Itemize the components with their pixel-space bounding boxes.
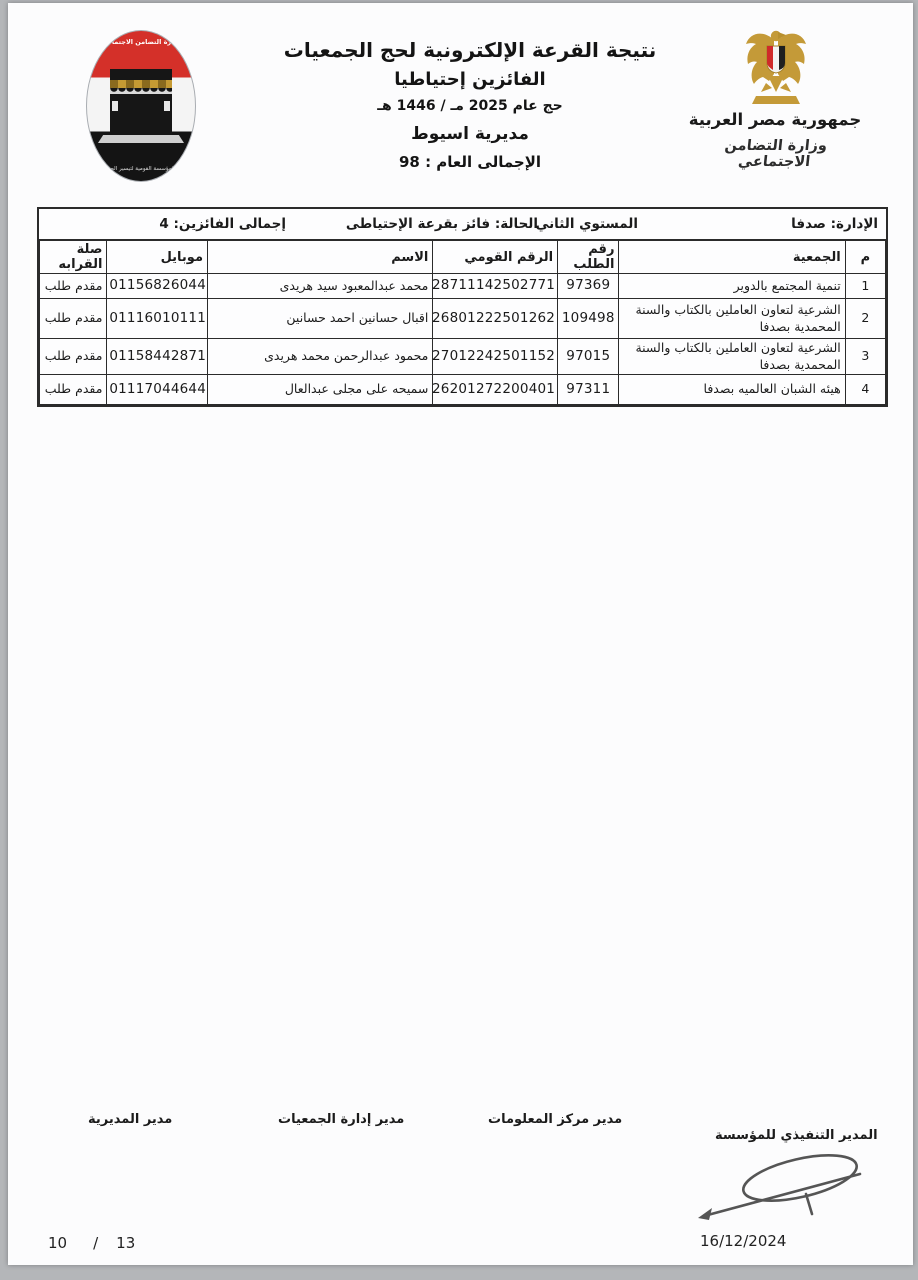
cell-request-no: 97311 [558, 375, 619, 405]
cell-relation: مقدم طلب [40, 299, 107, 339]
table-header-row: م الجمعية رقم الطلب الرقم القومي الاسم م… [40, 241, 886, 274]
cell-national-id: 26201272200401 [433, 375, 558, 405]
logo-top-text: وزارة التضامن الاجتماعي [87, 38, 195, 46]
col-header-national-id: الرقم القومي [433, 241, 558, 274]
col-header-mobile: موبايل [107, 241, 208, 274]
country-name: جمهورية مصر العربية [688, 110, 862, 129]
kaaba-gold-band [110, 80, 172, 88]
col-header-relation: صلة القرابه [40, 241, 107, 274]
signatory-information-center-manager: مدير مركز المعلومات [488, 1112, 622, 1127]
document-title-block: نتيجة القرعة الإلكترونية لحج الجمعيات ال… [270, 38, 670, 171]
kaaba-base [98, 135, 184, 143]
col-header-no: م [845, 241, 885, 274]
cell-mobile: 01158442871 [107, 339, 208, 375]
cell-name: اقبال حسانين احمد حسانين [208, 299, 433, 339]
col-header-request-no: رقم الطلب [558, 241, 619, 274]
cell-association: الشرعية لتعاون العاملين بالكتاب والسنة ا… [619, 299, 845, 339]
cell-name: محمود عبدالرحمن محمد هريدى [208, 339, 433, 375]
hajj-year-line: حج عام 2025 مـ / 1446 هـ [270, 98, 670, 114]
winners-table: الإدارة: صدفا المستوي الثاني الحالة: فائ… [37, 207, 888, 407]
document-date: 16/12/2024 [700, 1232, 786, 1250]
table-info-bar: الإدارة: صدفا المستوي الثاني الحالة: فائ… [39, 209, 886, 240]
info-total-winners: إجمالى الفائزين: 4 [159, 216, 286, 232]
signature-scribble [692, 1148, 887, 1228]
document-page [8, 3, 913, 1265]
cell-request-no: 109498 [558, 299, 619, 339]
kaaba-icon [110, 69, 172, 137]
signatory-executive-director: المدير التنفيذي للمؤسسة [715, 1128, 878, 1143]
cell-association: الشرعية لتعاون العاملين بالكتاب والسنة ا… [619, 339, 845, 375]
page-total: 13 [116, 1234, 135, 1252]
table-row: 3 الشرعية لتعاون العاملين بالكتاب والسنة… [40, 339, 886, 375]
info-department: الإدارة: صدفا [791, 216, 878, 232]
cell-relation: مقدم طلب [40, 375, 107, 405]
col-header-name: الاسم [208, 241, 433, 274]
kaaba-door-icon [164, 101, 170, 111]
table-row: 4 هيئه الشبان العالميه بصدفا 97311 26201… [40, 375, 886, 405]
info-status: الحالة: فائز بقرعة الإحتياطى [346, 216, 538, 232]
ministry-name-calligraphy: وزارة التضامن الاجتماعي [692, 138, 857, 170]
page-separator: / [93, 1234, 98, 1252]
hajj-foundation-logo: وزارة التضامن الاجتماعي المؤسسة القومية … [86, 30, 196, 182]
cell-association: هيئه الشبان العالميه بصدفا [619, 375, 845, 405]
cell-relation: مقدم طلب [40, 339, 107, 375]
cell-request-no: 97015 [558, 339, 619, 375]
page-title: نتيجة القرعة الإلكترونية لحج الجمعيات [270, 38, 670, 62]
cell-relation: مقدم طلب [40, 274, 107, 299]
directorate-line: مديرية اسيوط [270, 124, 670, 144]
cell-no: 1 [845, 274, 885, 299]
grand-total-line: الإجمالى العام : 98 [270, 153, 670, 171]
cell-name: محمد عبدالمعبود سيد هريدى [208, 274, 433, 299]
subtitle-reserve-winners: الفائزين إحتياطيا [270, 69, 670, 90]
info-level: المستوي الثاني [535, 216, 638, 232]
cell-name: سميحه على مجلى عبدالعال [208, 375, 433, 405]
cell-national-id: 26801222501262 [433, 299, 558, 339]
col-header-association: الجمعية [619, 241, 845, 274]
cell-no: 3 [845, 339, 885, 375]
kaaba-door-icon [112, 101, 118, 111]
signatory-associations-dept-manager: مدير إدارة الجمعيات [278, 1112, 404, 1127]
cell-mobile: 01117044644 [107, 375, 208, 405]
cell-request-no: 97369 [558, 274, 619, 299]
cell-association: تنمية المجتمع بالدوير [619, 274, 845, 299]
logo-bottom-text: المؤسسة القومية لتيسير الحج [87, 166, 195, 172]
page-number: 10 / 13 [48, 1234, 135, 1252]
cell-mobile: 01156826044 [107, 274, 208, 299]
cell-no: 4 [845, 375, 885, 405]
cell-mobile: 01116010111 [107, 299, 208, 339]
signatory-directorate-manager: مدير المديرية [88, 1112, 172, 1127]
cell-national-id: 27012242501152 [433, 339, 558, 375]
table-row: 1 تنمية المجتمع بالدوير 97369 2871114250… [40, 274, 886, 299]
egypt-eagle-emblem-icon [742, 26, 810, 108]
page-current: 10 [48, 1234, 67, 1252]
cell-no: 2 [845, 299, 885, 339]
table-row: 2 الشرعية لتعاون العاملين بالكتاب والسنة… [40, 299, 886, 339]
cell-national-id: 28711142502771 [433, 274, 558, 299]
kaaba-fringe [110, 88, 172, 94]
